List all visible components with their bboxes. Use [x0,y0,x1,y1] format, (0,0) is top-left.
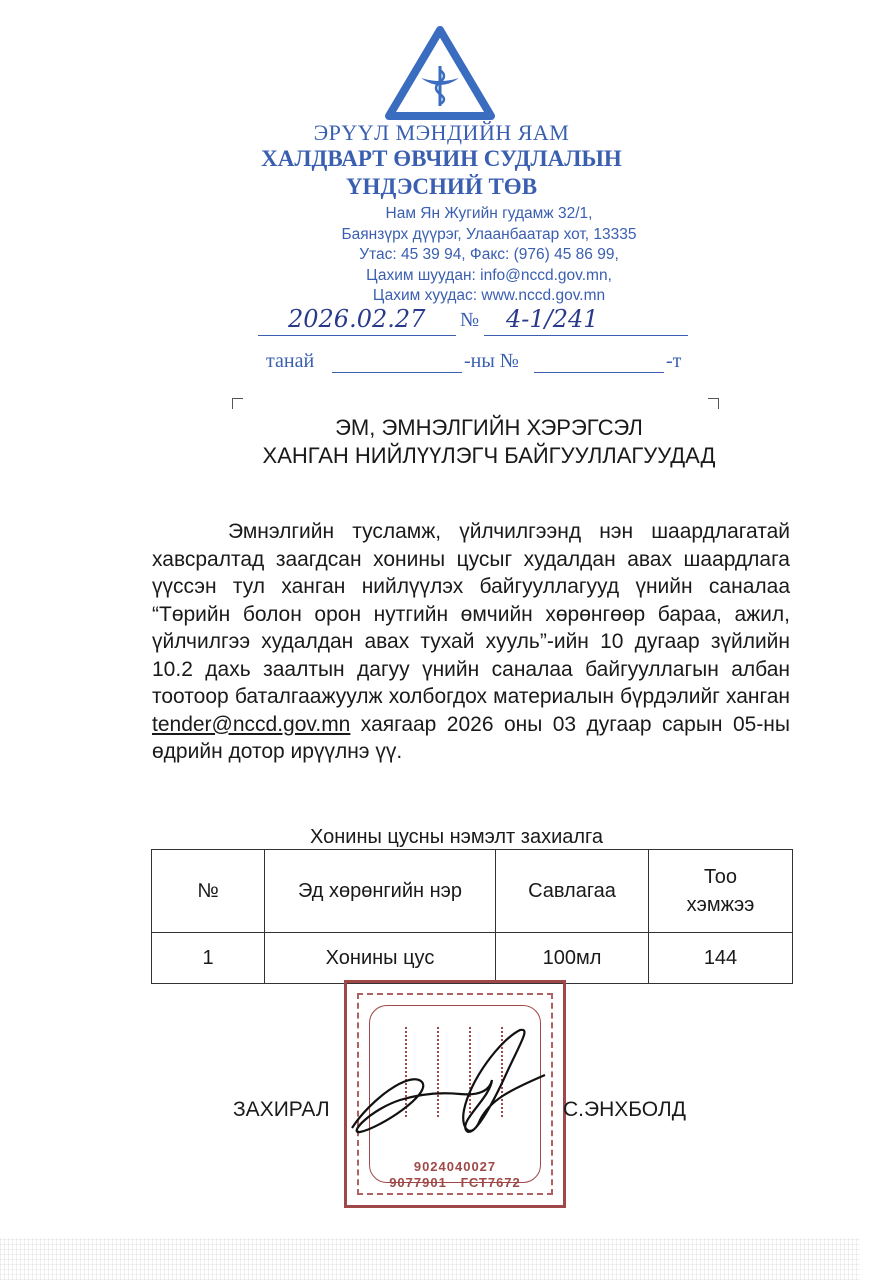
header-packaging: Савлагаа [496,850,649,933]
header-number: № [152,850,265,933]
signatory-name: С.ЭНХБОЛД [563,1098,686,1122]
cell-packaging: 100мл [496,933,649,984]
header-quantity: Тоо хэмжээ [649,850,793,933]
ministry-name: ЭРҮҮЛ МЭНДИЙН ЯАМ [0,120,883,146]
stamp-code: 9024040027 [347,1159,563,1174]
order-table: № Эд хөрөнгийн нэр Савлагаа Тоо хэмжээ 1… [151,849,793,984]
number-underline [484,335,688,336]
your-label: танай [266,350,314,373]
header-item-name: Эд хөрөнгийн нэр [265,850,496,933]
your-number-underline [534,372,664,373]
signatory-title: ЗАХИРАЛ [233,1098,330,1122]
addressee-line: ЭМ, ЭМНЭЛГИЙН ХЭРЭГСЭЛ [95,414,883,442]
cell-item-name: Хонины цус [265,933,496,984]
handwritten-signature [340,1020,560,1150]
contact-block: Нам Ян Жугийн гудамж 32/1, Баянзүрх дүүр… [0,204,883,307]
handwritten-number: 4-1/241 [506,305,599,333]
letter-body: Эмнэлгийн тусламж, үйлчилгээнд нэн шаард… [152,518,790,766]
registration-line: 2026.02.27 № 4-1/241 [258,305,688,339]
email-line: Цахим шуудан: info@nccd.gov.mn, [95,266,883,287]
stamp-code: 9077901 ГСТ7672 [347,1175,563,1190]
addressee-block: ЭМ, ЭМНЭЛГИЙН ХЭРЭГСЭЛ ХАНГАН НИЙЛҮҮЛЭГЧ… [0,414,883,470]
org-name-line2: ҮНДЭСНИЙ ТӨВ [0,174,883,200]
address-line: Баянзүрх дүүрэг, Улаанбаатар хот, 13335 [95,225,883,246]
address-line: Нам Ян Жугийн гудамж 32/1, [95,204,883,225]
your-date-underline [332,372,462,373]
phone-line: Утас: 45 39 94, Факс: (976) 45 86 99, [95,245,883,266]
caduceus-triangle-icon [385,26,495,122]
cell-quantity: 144 [649,933,793,984]
scan-noise [0,1238,860,1280]
address-corner-mark [708,398,719,409]
web-line: Цахим хуудас: www.nccd.gov.mn [95,286,883,307]
table-row: 1 Хонины цус 100мл 144 [152,933,793,984]
table-header-row: № Эд хөрөнгийн нэр Савлагаа Тоо хэмжээ [152,850,793,933]
reference-line: танай -ны № -т [266,350,686,380]
table-title: Хонины цусны нэмэлт захиалга [0,826,883,849]
org-name-line1: ХАЛДВАРТ ӨВЧИН СУДЛАЛЫН [0,146,883,172]
handwritten-date: 2026.02.27 [288,305,425,333]
number-label: № [460,309,479,332]
address-corner-mark [232,398,243,409]
tender-email-link[interactable]: tender@nccd.gov.mn [152,713,350,736]
suffix-label: -т [666,350,681,373]
date-underline [258,335,456,336]
addressee-line: ХАНГАН НИЙЛҮҮЛЭГЧ БАЙГУУЛЛАГУУДАД [95,442,883,470]
your-no-label: -ны № [464,350,519,373]
cell-number: 1 [152,933,265,984]
